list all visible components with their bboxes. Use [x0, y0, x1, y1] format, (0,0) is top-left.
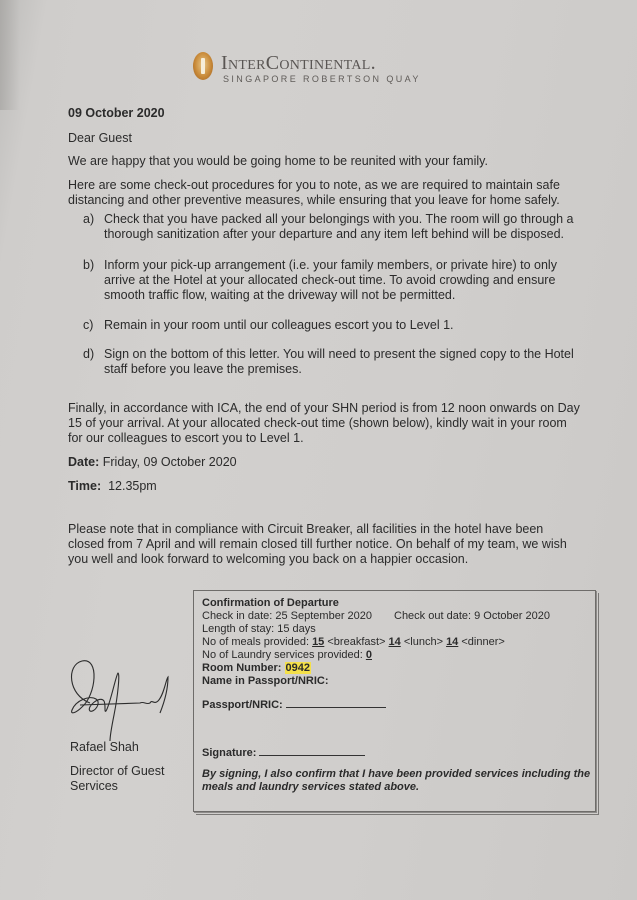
finally-line-1: Finally, in accordance with ICA, the end… [68, 401, 580, 417]
item-c-letter: c) [83, 318, 93, 334]
disclaimer-line-2: meals and laundry services stated above. [202, 781, 419, 794]
intro-paragraph: We are happy that you would be going hom… [68, 154, 488, 170]
item-c-line-1: Remain in your room until our colleagues… [104, 318, 454, 334]
finally-line-2: 15 of your arrival. At your allocated ch… [68, 416, 567, 432]
page-shadow [0, 0, 20, 110]
check-out-date: Check out date: 9 October 2020 [394, 610, 550, 623]
meals-lunch-count: 14 [389, 636, 401, 648]
meals-breakfast-count: 15 [312, 636, 324, 648]
confirmation-title: Confirmation of Departure [202, 597, 339, 610]
item-d-line-1: Sign on the bottom of this letter. You w… [104, 347, 574, 363]
passport-nric-field: Passport/NRIC: [202, 697, 386, 712]
letter-date: 09 October 2020 [68, 106, 165, 122]
laundry-value: 0 [366, 649, 372, 661]
signatory-title-line-2: Services [70, 779, 118, 795]
signature-label: Signature: [202, 747, 256, 759]
passport-blank-line[interactable] [286, 697, 386, 708]
length-value: 15 days [277, 623, 316, 635]
hotel-logo: InterContinental. SINGAPORE ROBERTSON QU… [193, 50, 433, 90]
room-number: Room Number: 0942 [202, 662, 311, 675]
item-b-letter: b) [83, 258, 94, 274]
signature-field: Signature: [202, 745, 365, 760]
room-label: Room Number: [202, 662, 281, 674]
lunch-tag: <lunch> [404, 636, 443, 648]
signatory-name: Rafael Shah [70, 740, 139, 756]
passport-label: Passport/NRIC: [202, 699, 283, 711]
intercontinental-emblem-icon [193, 52, 213, 80]
meals-label: No of meals provided: [202, 636, 309, 648]
time-label: Time: [68, 479, 101, 493]
item-a-letter: a) [83, 212, 94, 228]
brand-name: InterContinental. [221, 52, 376, 75]
signatory-title-line-1: Director of Guest [70, 764, 164, 780]
closing-line-2: closed from 7 April and will remain clos… [68, 537, 567, 553]
item-b-line-1: Inform your pick-up arrangement (i.e. yo… [104, 258, 557, 274]
procedures-intro-line-1: Here are some check-out procedures for y… [68, 178, 560, 194]
closing-line-1: Please note that in compliance with Circ… [68, 522, 543, 538]
check-out-label: Check out date: [394, 610, 471, 622]
item-d-letter: d) [83, 347, 94, 363]
item-a-line-2: thorough sanitization after your departu… [104, 227, 564, 243]
length-label: Length of stay: [202, 623, 274, 635]
dinner-tag: <dinner> [461, 636, 504, 648]
time-value: 12.35pm [108, 479, 157, 493]
item-b-line-2: arrive at the Hotel at your allocated ch… [104, 273, 555, 289]
checkout-date: Date: Friday, 09 October 2020 [68, 455, 237, 471]
name-in-passport: Name in Passport/NRIC: [202, 675, 329, 688]
date-value: Friday, 09 October 2020 [103, 455, 237, 469]
check-in-value: 25 September 2020 [275, 610, 372, 622]
date-label: Date: [68, 455, 99, 469]
disclaimer-line-1: By signing, I also confirm that I have b… [202, 768, 590, 781]
greeting: Dear Guest [68, 131, 132, 147]
check-in-date: Check in date: 25 September 2020 [202, 610, 372, 623]
letter-page: InterContinental. SINGAPORE ROBERTSON QU… [0, 0, 637, 900]
check-in-label: Check in date: [202, 610, 272, 622]
meals-provided: No of meals provided: 15 <breakfast> 14 … [202, 636, 505, 649]
room-value-highlighted: 0942 [285, 662, 311, 674]
meals-dinner-count: 14 [446, 636, 458, 648]
item-d-line-2: staff before you leave the premises. [104, 362, 302, 378]
item-b-line-3: smooth traffic flow, waiting at the driv… [104, 288, 455, 304]
brand-location: SINGAPORE ROBERTSON QUAY [223, 74, 421, 84]
item-a-line-1: Check that you have packed all your belo… [104, 212, 574, 228]
length-of-stay: Length of stay: 15 days [202, 623, 316, 636]
breakfast-tag: <breakfast> [327, 636, 385, 648]
laundry-label: No of Laundry services provided: [202, 649, 363, 661]
confirmation-of-departure-box: Confirmation of Departure Check in date:… [193, 590, 596, 812]
closing-line-3: you well and look forward to welcoming y… [68, 552, 468, 568]
check-out-value: 9 October 2020 [474, 610, 550, 622]
checkout-time: Time: 12.35pm [68, 479, 157, 495]
signature-blank-line[interactable] [259, 745, 365, 756]
laundry-services: No of Laundry services provided: 0 [202, 649, 372, 662]
finally-line-3: for our colleagues to escort you to Leve… [68, 431, 304, 447]
handwritten-signature-icon [60, 655, 190, 745]
procedures-intro-line-2: distancing and other preventive measures… [68, 193, 560, 209]
